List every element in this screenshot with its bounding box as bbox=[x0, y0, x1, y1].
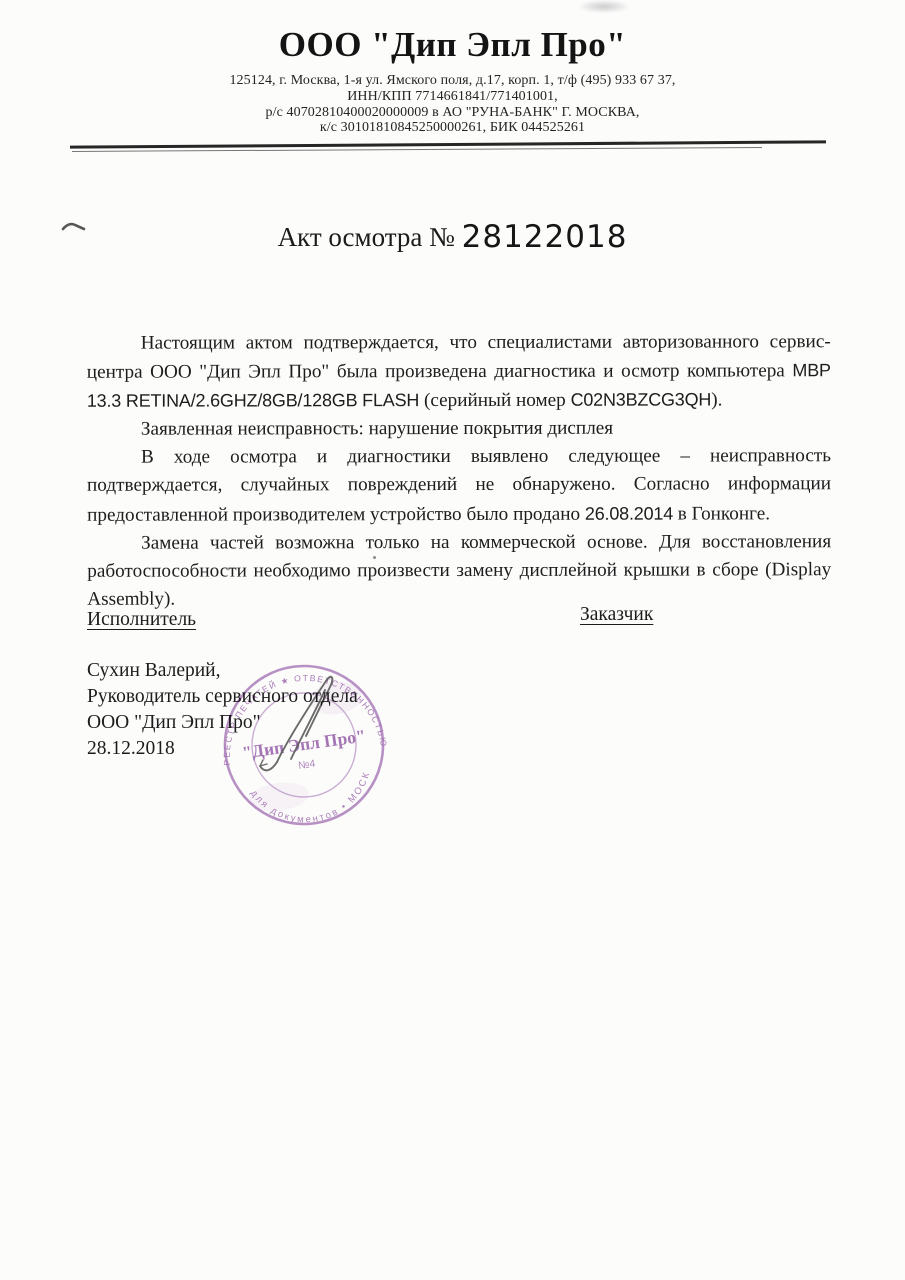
company-stamp: РЕЕСТР ПЕЧАТЕЙ ★ ОТВЕТСТВЕННОСТЬЮ ★ ОГРН… bbox=[192, 633, 416, 857]
company-name: ООО "Дип Эпл Про" bbox=[0, 26, 905, 65]
document-title: Акт осмотра № 28122018 bbox=[0, 217, 905, 257]
paragraph-text: (серийный номер bbox=[419, 390, 570, 411]
customer-label: Заказчик bbox=[580, 604, 653, 626]
letterhead-details: 125124, г. Москва, 1-я ул. Ямского поля,… bbox=[0, 73, 905, 136]
paragraph-findings: В ходе осмотра и диагностики выявлено сл… bbox=[87, 443, 831, 530]
device-serial-number: C02N3BZCG3QH bbox=[571, 390, 712, 410]
sale-date: 26.08.2014 bbox=[585, 503, 673, 523]
letterhead-inn-line: ИНН/КПП 7714661841/771401001, bbox=[0, 89, 905, 105]
letterhead-address-line: 125124, г. Москва, 1-я ул. Ямского поля,… bbox=[0, 73, 905, 89]
stamp-icon: РЕЕСТР ПЕЧАТЕЙ ★ ОТВЕТСТВЕННОСТЬЮ ★ ОГРН… bbox=[192, 633, 416, 857]
stamp-number: №4 bbox=[297, 758, 316, 772]
paragraph-claimed-fault: Заявленная неисправность: нарушение покр… bbox=[87, 415, 831, 445]
paragraph-text: Настоящим актом подтверждается, что спец… bbox=[87, 331, 831, 383]
paragraph-diagnostics: Настоящим актом подтверждается, что спец… bbox=[87, 328, 831, 416]
executor-label: Исполнитель bbox=[87, 609, 196, 631]
document-title-label: Акт осмотра № bbox=[278, 222, 455, 252]
letterhead-account-line: р/с 40702810400020000009 в АО "РУНА-БАНК… bbox=[0, 105, 905, 121]
paragraph-text: ). bbox=[711, 390, 722, 411]
document-number: 28122018 bbox=[462, 219, 628, 255]
letterhead-corr-line: к/с 30101810845250000261, БИК 044525261 bbox=[0, 120, 905, 136]
document-page: ООО "Дип Эпл Про" 125124, г. Москва, 1-я… bbox=[0, 0, 905, 1280]
scan-smudge-top bbox=[578, 0, 630, 13]
scan-tick-mark bbox=[60, 219, 88, 235]
paragraph-text: в Гонконге. bbox=[673, 503, 770, 524]
scan-ink-dot bbox=[373, 556, 376, 559]
document-body: Настоящим актом подтверждается, что спец… bbox=[87, 328, 832, 613]
paragraph-conclusion: Замена частей возможна только на коммерч… bbox=[87, 528, 831, 614]
